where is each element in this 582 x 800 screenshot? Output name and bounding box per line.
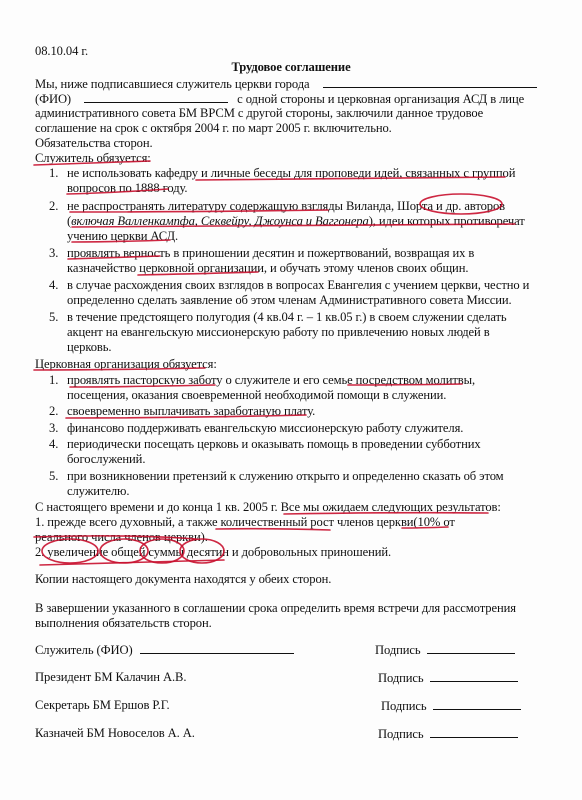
closing-line: выполнения обязательств сторон. [35,616,212,631]
signature-field: Подпись [381,698,521,714]
document-page: 08.10.04 г. Трудовое соглашение Мы, ниже… [0,0,582,800]
list-item: не использовать кафедру и личные беседы … [67,166,515,181]
list-number: 1. [49,166,58,181]
results-line: 1. прежде всего духовный, а также количе… [35,515,455,530]
copies-note: Копии настоящего документа находятся у о… [35,572,331,587]
list-item: акцент на евангельскую миссионерскую раб… [67,325,490,340]
signature-line[interactable] [430,726,518,738]
list-number: 3. [49,246,58,261]
list-item: своевременно выплачивать заработаную пла… [67,404,315,419]
signature-line[interactable] [427,642,515,654]
list-item: при возникновении претензий к служению о… [67,469,504,484]
list-item: богослужений. [67,452,145,467]
list-item: вопросов по 1888 году. [67,181,187,196]
document-title: Трудовое соглашение [0,60,582,75]
list-item: учению церкви АСД. [67,229,178,244]
servant-heading: Служитель обязуется: [35,151,151,166]
list-number: 5. [49,310,58,325]
list-item: казначейство церковной организации, и об… [67,261,468,276]
signature-field: Подпись [375,642,515,658]
signature-name: Президент БМ Калачин А.В. [35,670,186,685]
org-heading: Церковная организация обязуется: [35,357,217,372]
intro-line: Мы, ниже подписавшиеся служитель церкви … [35,76,537,92]
document-date: 08.10.04 г. [35,44,88,59]
list-item: проявлять пасторскую заботу о служителе … [67,373,475,388]
list-number: 1. [49,373,58,388]
intro-line: (ФИО) с одной стороны и церковная органи… [35,91,524,107]
signature-line[interactable] [433,698,521,710]
results-line: С настоящего времени и до конца 1 кв. 20… [35,500,501,515]
intro-line: Обязательства сторон. [35,136,153,151]
list-number: 2. [49,404,58,419]
list-item: не распространять литературу содержащую … [67,199,505,214]
name-line [140,642,294,654]
list-item: посещения, оказания своевременной необхо… [67,388,446,403]
list-item: периодически посещать церковь и оказыват… [67,437,481,452]
list-item: финансово поддерживать евангельскую мисс… [67,421,463,436]
signature-name: Казначей БМ Новоселов А. А. [35,726,195,741]
list-number: 4. [49,278,58,293]
intro-line: административного совета БМ ВРСМ с друго… [35,106,483,121]
results-line: 2. увеличение общей суммы десятин и добр… [35,545,391,560]
signature-field: Подпись [378,670,518,686]
city-blank [323,76,537,88]
signature-name: Секретарь БМ Ершов Р.Г. [35,698,170,713]
intro-line: соглашение на срок с октября 2004 г. по … [35,121,392,136]
list-item: церковь. [67,340,111,355]
list-number: 3. [49,421,58,436]
name-blank [84,91,228,103]
closing-line: В завершении указанного в соглашении сро… [35,601,516,616]
results-line: реального числа членов церкви). [35,530,208,545]
list-item: проявлять верность в приношении десятин … [67,246,474,261]
signature-field: Подпись [378,726,518,742]
signature-name: Служитель (ФИО) [35,642,294,658]
list-item: в течение предстоящего полугодия (4 кв.0… [67,310,507,325]
list-number: 5. [49,469,58,484]
list-item: (включая Валленкампфа, Секвейру, Джоунса… [67,214,525,229]
list-number: 4. [49,437,58,452]
list-item: служителю. [67,484,129,499]
list-item: определенно сделать заявление об этом чл… [67,293,512,308]
signature-line[interactable] [430,670,518,682]
list-number: 2. [49,199,58,214]
list-item: в случае расхождения своих взглядов в во… [67,278,529,293]
